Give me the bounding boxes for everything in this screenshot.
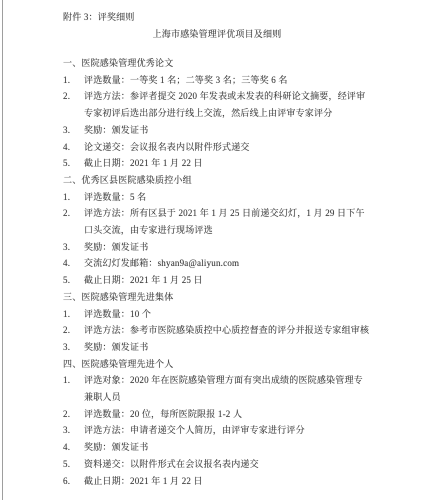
window-left-border <box>2 0 3 500</box>
list-item: 1.评选数量：10 个 <box>63 306 371 323</box>
list-item: 2.评选方法：参考市医院感染质控中心质控督查的评分并报送专家组审核 <box>63 322 371 339</box>
item-text: 奖励：颁发证书 <box>84 439 371 456</box>
section-heading: 二、优秀区县医院感染质控小组 <box>63 172 371 189</box>
item-text: 评选数量：5 名 <box>84 189 371 206</box>
list-item: 1.评选数量：5 名 <box>63 189 371 206</box>
item-text: 奖励：颁发证书 <box>84 339 371 356</box>
item-number: 5. <box>63 456 84 473</box>
section: 三、医院感染管理先进集体1.评选数量：10 个2.评选方法：参考市医院感染质控中… <box>63 289 371 356</box>
document-page: 附件 3：评奖细则 上海市感染管理评优项目及细则 一、医院感染管理优秀论文1.评… <box>0 0 421 500</box>
list-item: 3.评选方法：申请者递交个人简历，由评审专家进行评分 <box>63 422 371 439</box>
item-text: 截止日期：2021 年 1 月 25 日 <box>84 272 371 289</box>
list-item: 2.评选方法：参评者提交 2020 年发表或未发表的科研论文摘要，经评审专家初评… <box>63 88 371 121</box>
item-number: 5. <box>63 272 84 289</box>
item-number: 2. <box>63 406 84 423</box>
item-text: 评选数量：20 位，每所医院限报 1-2 人 <box>84 406 371 423</box>
section-heading: 一、医院感染管理优秀论文 <box>63 55 371 72</box>
item-text: 截止日期：2021 年 1 月 22 日 <box>84 155 371 172</box>
document-title: 上海市感染管理评优项目及细则 <box>63 25 371 44</box>
item-number: 1. <box>63 72 84 89</box>
item-text: 评选方法：所有区县于 2021 年 1 月 25 日前递交幻灯，1 月 29 日… <box>84 205 371 238</box>
item-text: 评选对象：2020 年在医院感染管理方面有突出成绩的医院感染管理专兼职人员 <box>84 372 371 405</box>
list-item: 2.评选数量：20 位，每所医院限报 1-2 人 <box>63 406 371 423</box>
list-item: 5.截止日期：2021 年 1 月 25 日 <box>63 272 371 289</box>
item-number: 1. <box>63 306 84 323</box>
item-text: 评选方法：参考市医院感染质控中心质控督查的评分并报送专家组审核 <box>84 322 371 339</box>
item-text: 截止日期：2021 年 1 月 22 日 <box>84 473 371 490</box>
item-text: 评选数量：10 个 <box>84 306 371 323</box>
item-number: 3. <box>63 239 84 256</box>
list-item: 2.评选方法：所有区县于 2021 年 1 月 25 日前递交幻灯，1 月 29… <box>63 205 371 238</box>
list-item: 4.论文递交：会议报名表内以附件形式递交 <box>63 139 371 156</box>
item-number: 4. <box>63 255 84 272</box>
list-item: 4.奖励：颁发证书 <box>63 439 371 456</box>
list-item: 4.交流幻灯发邮箱：shyan9a@aliyun.com <box>63 255 371 272</box>
item-text: 评选数量：一等奖 1 名；二等奖 3 名；三等奖 6 名 <box>84 72 371 89</box>
item-number: 5. <box>63 155 84 172</box>
list-item: 5.资料递交：以附件形式在会议报名表内递交 <box>63 456 371 473</box>
document-body: 附件 3：评奖细则 上海市感染管理评优项目及细则 一、医院感染管理优秀论文1.评… <box>63 9 371 489</box>
section: 二、优秀区县医院感染质控小组1.评选数量：5 名2.评选方法：所有区县于 202… <box>63 172 371 289</box>
item-text: 交流幻灯发邮箱：shyan9a@aliyun.com <box>84 255 371 272</box>
item-number: 3. <box>63 339 84 356</box>
item-number: 2. <box>63 322 84 339</box>
item-text: 奖励：颁发证书 <box>84 239 371 256</box>
sections: 一、医院感染管理优秀论文1.评选数量：一等奖 1 名；二等奖 3 名；三等奖 6… <box>63 55 371 489</box>
item-number: 4. <box>63 139 84 156</box>
item-text: 奖励：颁发证书 <box>84 122 371 139</box>
item-number: 2. <box>63 205 84 222</box>
item-text: 评选方法：参评者提交 2020 年发表或未发表的科研论文摘要，经评审专家初评后选… <box>84 88 371 121</box>
list-item: 3.奖励：颁发证书 <box>63 122 371 139</box>
list-item: 3.奖励：颁发证书 <box>63 339 371 356</box>
attachment-label: 附件 3：评奖细则 <box>63 9 371 25</box>
item-number: 3. <box>63 122 84 139</box>
item-text: 评选方法：申请者递交个人简历，由评审专家进行评分 <box>84 422 371 439</box>
item-number: 1. <box>63 189 84 206</box>
list-item: 5.截止日期：2021 年 1 月 22 日 <box>63 155 371 172</box>
section: 一、医院感染管理优秀论文1.评选数量：一等奖 1 名；二等奖 3 名；三等奖 6… <box>63 55 371 172</box>
item-text: 资料递交：以附件形式在会议报名表内递交 <box>84 456 371 473</box>
item-number: 3. <box>63 422 84 439</box>
list-item: 3.奖励：颁发证书 <box>63 239 371 256</box>
item-number: 2. <box>63 88 84 105</box>
item-text: 论文递交：会议报名表内以附件形式递交 <box>84 139 371 156</box>
section-heading: 三、医院感染管理先进集体 <box>63 289 371 306</box>
list-item: 1.评选数量：一等奖 1 名；二等奖 3 名；三等奖 6 名 <box>63 72 371 89</box>
list-item: 1.评选对象：2020 年在医院感染管理方面有突出成绩的医院感染管理专兼职人员 <box>63 372 371 405</box>
list-item: 6.截止日期：2021 年 1 月 22 日 <box>63 473 371 490</box>
item-number: 6. <box>63 473 84 490</box>
section: 四、医院感染管理先进个人1.评选对象：2020 年在医院感染管理方面有突出成绩的… <box>63 356 371 490</box>
item-number: 4. <box>63 439 84 456</box>
item-number: 1. <box>63 372 84 389</box>
section-heading: 四、医院感染管理先进个人 <box>63 356 371 373</box>
